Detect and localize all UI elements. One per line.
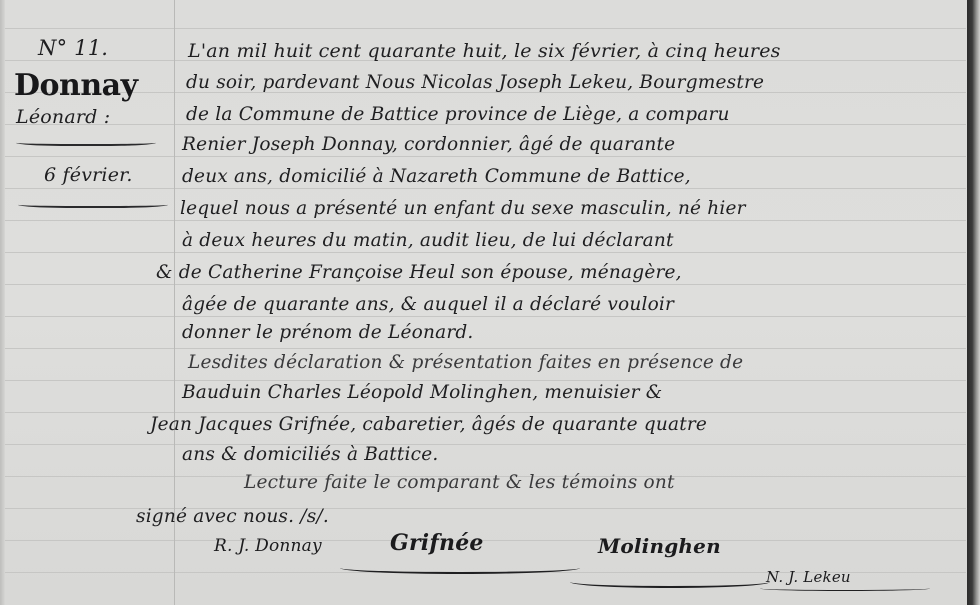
body-line-1: L'an mil huit cent quarante huit, le six… — [188, 40, 781, 62]
register-page: N° 11. Donnay Léonard : 6 février. L'an … — [0, 0, 980, 605]
ruled-line — [0, 28, 966, 29]
body-line-8: & de Catherine Françoise Heul son épouse… — [156, 262, 682, 283]
body-line-15: Lecture faite le comparant & les témoins… — [244, 472, 675, 493]
signature-witness-grifnee: Grifnée — [390, 530, 484, 556]
ruled-line — [0, 380, 966, 381]
signature-witness-molinghen: Molinghen — [598, 534, 721, 558]
ruled-line — [0, 188, 966, 189]
body-line-3: de la Commune de Battice province de Liè… — [186, 104, 730, 125]
body-line-13: Jean Jacques Grifnée, cabaretier, âgés d… — [150, 414, 707, 435]
ruled-line — [0, 220, 966, 221]
signature-father: R. J. Donnay — [214, 536, 322, 556]
page-binding-edge — [967, 0, 980, 605]
body-line-2: du soir, pardevant Nous Nicolas Joseph L… — [186, 72, 764, 93]
ruled-line — [0, 348, 966, 349]
signature-flourish — [340, 562, 580, 574]
ruled-line — [0, 412, 966, 413]
margin-given-name: Léonard : — [16, 106, 110, 128]
body-line-5: deux ans, domicilié à Nazareth Commune d… — [182, 166, 691, 187]
signature-flourish — [570, 576, 770, 588]
signature-mayor: N. J. Lekeu — [766, 568, 851, 586]
ruled-line — [0, 284, 966, 285]
body-line-12: Bauduin Charles Léopold Molinghen, menui… — [182, 382, 662, 403]
body-line-9: âgée de quarante ans, & auquel il a décl… — [182, 294, 674, 315]
body-line-16: signé avec nous. /s/. — [136, 506, 329, 527]
ruled-line — [0, 252, 966, 253]
body-line-4: Renier Joseph Donnay, cordonnier, âgé de… — [182, 134, 675, 155]
ruled-line — [0, 156, 966, 157]
body-line-6: lequel nous a présenté un enfant du sexe… — [180, 198, 746, 219]
margin-surname: Donnay — [14, 68, 138, 103]
margin-flourish — [18, 200, 168, 208]
body-line-7: à deux heures du matin, audit lieu, de l… — [182, 230, 674, 251]
ruled-line — [0, 316, 966, 317]
ruled-line — [0, 444, 966, 445]
margin-date: 6 février. — [44, 164, 133, 186]
page-left-edge — [0, 0, 5, 605]
body-line-14: ans & domiciliés à Battice. — [182, 444, 438, 465]
record-number: N° 11. — [38, 36, 108, 60]
margin-flourish — [16, 138, 156, 146]
body-line-11: Lesdites déclaration & présentation fait… — [188, 352, 743, 373]
body-line-10: donner le prénom de Léonard. — [182, 322, 474, 343]
signature-flourish — [760, 586, 930, 591]
